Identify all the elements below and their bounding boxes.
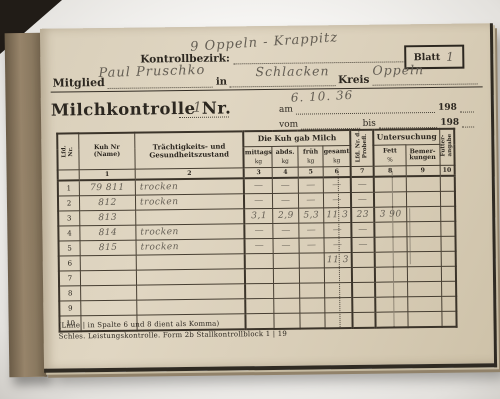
mitglied-label: Mitglied <box>53 76 105 90</box>
cell-gesamt: — <box>324 238 351 253</box>
cell-futter <box>441 282 456 297</box>
col-header-bemerkungen: Bemer-kungen <box>405 144 439 166</box>
colnum-blank <box>58 170 80 181</box>
cell-fett <box>375 267 407 282</box>
cell-abds: — <box>273 224 299 239</box>
vom-label: vom <box>279 120 298 130</box>
cell-gesamt: 11 3 <box>324 253 351 268</box>
form-page: Kontrollbezirk: 9 Oppeln - Krappitz Blat… <box>40 23 497 373</box>
cell-probefl <box>352 253 376 268</box>
cell-zustand <box>137 299 246 315</box>
lfd-nr-label: Lfd. Nr. <box>62 145 76 157</box>
blatt-label: Blatt <box>414 51 441 62</box>
cell-mittags <box>246 314 275 330</box>
cell-frueh <box>300 313 326 329</box>
row-lfd-nr: 8 <box>59 286 81 301</box>
cell-zustand <box>136 254 245 270</box>
cell-frueh: — <box>298 193 324 208</box>
cell-bemerkungen <box>407 237 441 252</box>
cell-mittags <box>246 284 275 299</box>
cell-futter <box>441 252 456 267</box>
cell-fett <box>376 312 408 328</box>
row-lfd-nr: 1 <box>58 181 80 197</box>
in-label: in <box>216 76 227 87</box>
cell-zustand <box>137 284 246 300</box>
cell-bemerkungen <box>406 207 440 222</box>
cell-fett: 3 90 <box>374 207 406 222</box>
row-lfd-nr: 6 <box>59 256 81 271</box>
cell-bemerkungen <box>406 176 440 192</box>
bis-label: bis <box>363 119 376 129</box>
cell-futter <box>440 207 455 222</box>
zustand-label-2: Gesundheitszustand <box>149 149 229 159</box>
cell-mittags: — <box>244 178 273 194</box>
cell-bemerkungen <box>407 282 441 297</box>
am-line <box>296 101 435 115</box>
row-lfd-nr: 2 <box>58 196 80 211</box>
cell-frueh: 5,3 <box>299 208 325 223</box>
cell-zustand: trocken <box>135 194 244 210</box>
colnum-9: 9 <box>406 166 440 177</box>
cell-mittags <box>245 254 274 269</box>
milk-table-wrap: Lfd. Nr. Kuh Nr (Name) Trächtigkeits- un… <box>56 128 457 333</box>
col-header-abds: abds.kg <box>272 146 298 168</box>
cell-futter <box>441 267 456 282</box>
row-lfd-nr: 7 <box>59 271 81 286</box>
cell-fett <box>375 252 407 267</box>
am-row: am 198 <box>279 100 477 114</box>
cell-probefl: — <box>351 238 375 253</box>
cell-bemerkungen <box>406 222 440 237</box>
cell-gesamt: 11 3 <box>324 208 351 223</box>
cell-abds: — <box>273 239 299 254</box>
title-nr-handwriting: 1 <box>193 100 203 116</box>
cell-frueh <box>300 298 326 313</box>
cell-kuh-nr: 815 <box>80 241 136 257</box>
ort-handwriting: Schlacken <box>255 63 329 79</box>
cell-kuh-nr: 813 <box>80 211 136 227</box>
cell-fett <box>375 222 407 237</box>
cell-abds: — <box>273 178 299 194</box>
kuh-name-label: (Name) <box>94 151 121 158</box>
col-header-kuh-nr: Kuh Nr (Name) <box>79 133 135 171</box>
cell-probefl <box>352 283 376 298</box>
colnum-1: 1 <box>79 170 135 181</box>
col-header-fett: Fett% <box>374 145 406 167</box>
group-header-untersuchung: Untersuchung <box>374 129 440 145</box>
group-header-milch: Die Kuh gab Milch <box>244 130 351 147</box>
am-label: am <box>279 105 293 115</box>
cell-bemerkungen <box>407 252 441 267</box>
cell-gesamt: — <box>324 193 351 208</box>
cell-frueh: — <box>299 238 325 253</box>
cell-futter <box>441 237 456 252</box>
footer-form-id: Schles. Leistungskontrolle. Form 2b Stal… <box>59 330 287 341</box>
cell-fett <box>375 237 407 252</box>
cell-abds <box>274 269 300 284</box>
cell-mittags <box>246 299 275 314</box>
milk-table: Lfd. Nr. Kuh Nr (Name) Trächtigkeits- un… <box>56 128 457 333</box>
blatt-handwriting: 1 <box>446 50 455 64</box>
row-lfd-nr: 3 <box>58 211 80 226</box>
col-header-mittags: mittagskg <box>244 146 273 168</box>
cell-mittags: 3,1 <box>245 209 274 224</box>
cell-abds <box>274 299 300 314</box>
cell-probefl <box>352 268 376 283</box>
cell-kuh-nr <box>81 286 137 302</box>
cell-kuh-nr <box>80 256 136 272</box>
cell-fett <box>376 297 408 312</box>
cell-abds <box>274 254 300 269</box>
col-header-zustand: Trächtigkeits- und Gesundheitszustand <box>135 131 244 169</box>
cell-gesamt <box>325 298 352 313</box>
colnum-4: 4 <box>273 168 299 179</box>
cell-futter <box>441 297 456 312</box>
colnum-8: 8 <box>374 166 406 177</box>
vom-year: 198 <box>440 118 459 128</box>
colnum-6: 6 <box>323 167 350 178</box>
cell-kuh-nr: 814 <box>80 226 136 242</box>
cell-kuh-nr: 812 <box>79 196 135 212</box>
cell-zustand: trocken <box>136 224 245 240</box>
cell-abds: 2,9 <box>273 209 299 224</box>
cell-mittags: — <box>245 239 274 254</box>
cell-probefl: — <box>351 223 375 238</box>
cell-mittags <box>245 269 274 284</box>
cell-probefl: — <box>351 177 375 193</box>
cell-frueh: — <box>298 178 324 194</box>
cell-probefl: — <box>351 193 375 208</box>
kreis-label: Kreis <box>338 74 369 86</box>
am-year-line <box>460 100 474 112</box>
cell-bemerkungen <box>408 312 442 328</box>
cell-zustand: trocken <box>136 239 245 255</box>
cell-frueh <box>299 253 325 268</box>
mitglied-handwriting: Paul Pruschko <box>98 63 205 81</box>
cell-abds <box>274 284 300 299</box>
cell-abds <box>274 314 300 330</box>
cell-frueh <box>299 268 325 283</box>
colnum-5: 5 <box>298 167 324 178</box>
cell-futter <box>440 192 455 207</box>
vom-line <box>301 117 360 130</box>
cell-kuh-nr <box>81 301 137 317</box>
cell-probefl: 23 <box>351 208 375 223</box>
cell-probefl <box>352 298 376 313</box>
colnum-10: 10 <box>440 166 455 177</box>
table-body: 1 79 811 trocken — — — — — 2 812 trocken… <box>58 176 457 332</box>
cell-futter <box>440 222 455 237</box>
cell-futter <box>441 312 456 328</box>
col-header-futter: Futter- angabe <box>439 129 454 166</box>
cell-gesamt <box>325 268 352 283</box>
title-nr-line <box>179 116 229 118</box>
row-lfd-nr: 9 <box>59 301 81 316</box>
probefl-label: Lfd. Nr. d. Probefl. <box>355 131 369 163</box>
cell-kuh-nr <box>80 271 136 287</box>
col-header-probefl: Lfd. Nr. d. Probefl. <box>350 130 374 167</box>
col-header-gesamt: gesamtkg <box>323 146 350 168</box>
cell-frueh: — <box>299 223 325 238</box>
colnum-3: 3 <box>244 168 273 179</box>
cell-bemerkungen <box>407 297 441 312</box>
cell-fett <box>375 282 407 297</box>
bis-line <box>379 116 438 129</box>
cell-futter <box>440 176 455 192</box>
row-lfd-nr: 4 <box>58 226 80 241</box>
cell-zustand: trocken <box>135 179 244 196</box>
col-header-frueh: frühkg <box>298 146 324 168</box>
cell-fett <box>374 192 406 207</box>
cell-frueh <box>299 283 325 298</box>
vom-year-line <box>462 115 474 127</box>
cell-mittags: — <box>244 194 273 209</box>
cell-abds: — <box>273 194 299 209</box>
cell-zustand <box>136 269 245 285</box>
cell-probefl <box>352 313 376 329</box>
am-year: 198 <box>438 103 457 113</box>
futter-label: Futter- angabe <box>440 134 454 157</box>
cell-zustand <box>136 209 245 225</box>
cell-bemerkungen <box>406 192 440 207</box>
cell-gesamt <box>325 283 352 298</box>
cell-gesamt <box>325 313 352 329</box>
cell-gesamt: — <box>324 177 351 193</box>
colnum-7: 7 <box>351 167 375 178</box>
kreis-handwriting: Oppeln <box>372 62 424 78</box>
photo-background: Kontrollbezirk: 9 Oppeln - Krappitz Blat… <box>0 0 500 399</box>
cell-gesamt: — <box>324 223 351 238</box>
col-header-lfd-nr: Lfd. Nr. <box>57 133 79 170</box>
cell-fett <box>374 177 406 193</box>
cell-kuh-nr: 79 811 <box>79 180 135 196</box>
cell-mittags: — <box>245 224 274 239</box>
row-lfd-nr: 5 <box>59 241 81 256</box>
cell-bemerkungen <box>407 267 441 282</box>
